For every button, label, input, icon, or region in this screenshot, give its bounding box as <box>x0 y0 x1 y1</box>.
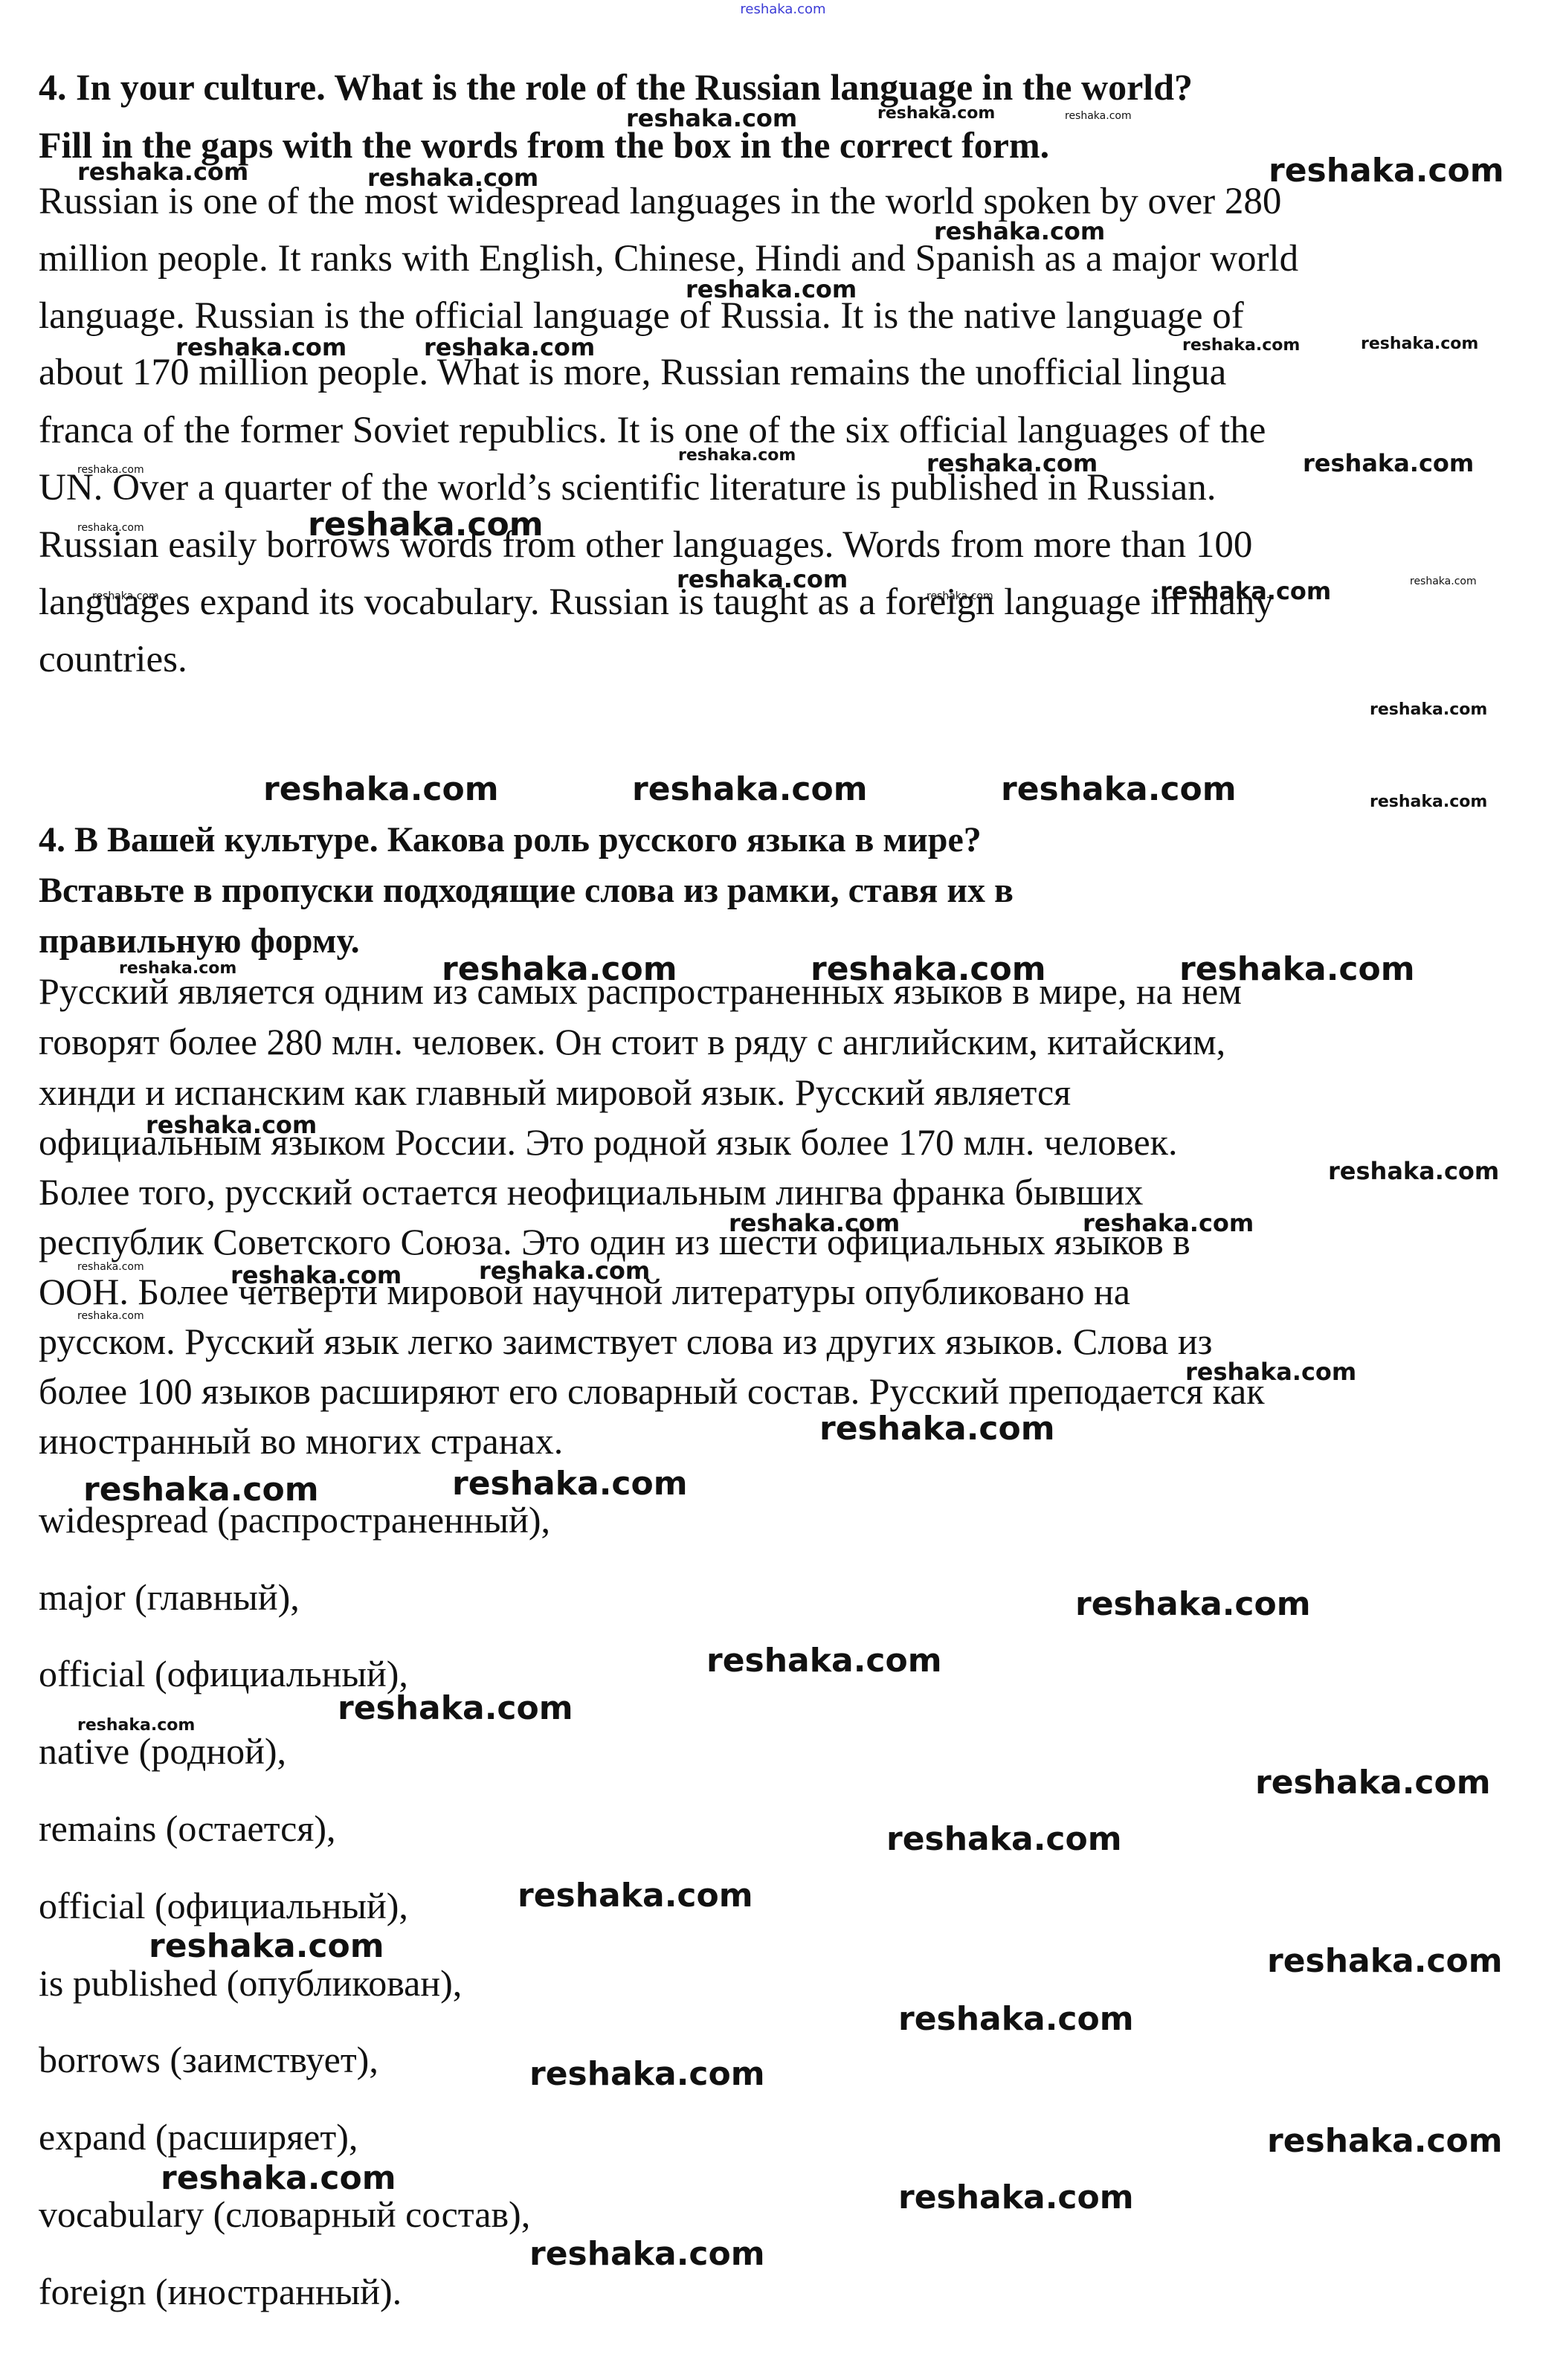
watermark: reshaka.com <box>1160 577 1331 605</box>
answer-item: expand (расширяет), <box>39 2115 358 2158</box>
watermark: reshaka.com <box>146 1111 317 1139</box>
english-paragraph-line: countries. <box>39 638 187 681</box>
watermark: reshaka.com <box>1083 1209 1254 1237</box>
answer-item: official (официальный), <box>39 1884 408 1927</box>
watermark: reshaka.com <box>706 1642 942 1680</box>
watermark: reshaka.com <box>231 1261 402 1289</box>
watermark: reshaka.com <box>424 333 595 361</box>
watermark: reshaka.com <box>529 2055 765 2093</box>
watermark: reshaka.com <box>927 449 1098 477</box>
watermark: reshaka.com <box>1303 449 1474 477</box>
watermark: reshaka.com <box>819 1410 1055 1448</box>
watermark: reshaka.com <box>934 217 1105 245</box>
russian-paragraph-line: более 100 языков расширяют его словарный… <box>39 1370 1265 1413</box>
watermark: reshaka.com <box>161 2159 396 2197</box>
watermark: reshaka.com <box>1075 1585 1311 1623</box>
watermark: reshaka.com <box>77 158 248 186</box>
watermark: reshaka.com <box>367 164 538 192</box>
watermark: reshaka.com <box>529 2235 765 2273</box>
watermark: reshaka.com <box>811 950 1046 988</box>
english-paragraph-line: million people. It ranks with English, C… <box>39 237 1298 280</box>
watermark: reshaka.com <box>175 333 347 361</box>
russian-paragraph-line: русском. Русский язык легко заимствует с… <box>39 1320 1212 1363</box>
watermark: reshaka.com <box>479 1257 650 1285</box>
watermark: reshaka.com <box>119 959 236 978</box>
watermark: reshaka.com <box>77 1716 195 1735</box>
russian-paragraph-line: иностранный во многих странах. <box>39 1419 563 1462</box>
watermark: reshaka.com <box>729 1209 900 1237</box>
watermark: reshaka.com <box>77 464 144 476</box>
watermark: reshaka.com <box>263 770 499 808</box>
answer-item: major (главный), <box>39 1576 300 1619</box>
watermark: reshaka.com <box>1182 336 1300 355</box>
answer-item: remains (остается), <box>39 1807 336 1850</box>
watermark: reshaka.com <box>886 1820 1122 1858</box>
watermark: reshaka.com <box>1179 950 1415 988</box>
watermark: reshaka.com <box>149 1927 384 1965</box>
watermark: reshaka.com <box>626 104 797 132</box>
watermark: reshaka.com <box>927 590 993 602</box>
watermark: reshaka.com <box>898 2179 1134 2216</box>
watermark: reshaka.com <box>83 1471 319 1509</box>
watermark: reshaka.com <box>677 565 848 593</box>
watermark: reshaka.com <box>77 1310 144 1322</box>
english-paragraph-line: languages expand its vocabulary. Russian… <box>39 581 1274 624</box>
watermark: reshaka.com <box>1328 1157 1499 1185</box>
top-watermark: reshaka.com <box>0 1 1566 17</box>
watermark: reshaka.com <box>1185 1358 1356 1386</box>
russian-heading-line-2: Вставьте в пропуски подходящие слова из … <box>39 870 1014 911</box>
watermark: reshaka.com <box>452 1465 688 1503</box>
russian-paragraph-line: хинди и испанским как главный мировой яз… <box>39 1071 1071 1114</box>
watermark: reshaka.com <box>1361 335 1478 353</box>
answer-item: native (родной), <box>39 1729 286 1773</box>
russian-paragraph-line: говорят более 280 млн. человек. Он стоит… <box>39 1020 1225 1063</box>
watermark: reshaka.com <box>308 506 544 544</box>
watermark: reshaka.com <box>1065 110 1132 122</box>
watermark: reshaka.com <box>686 275 857 303</box>
watermark: reshaka.com <box>1370 700 1487 719</box>
russian-paragraph-line: Более того, русский остается неофициальн… <box>39 1170 1143 1213</box>
watermark: reshaka.com <box>92 590 159 602</box>
english-paragraph-line: franca of the former Soviet republics. I… <box>39 409 1266 452</box>
watermark: reshaka.com <box>338 1689 573 1727</box>
watermark: reshaka.com <box>1410 575 1477 587</box>
watermark: reshaka.com <box>518 1877 753 1915</box>
watermark: reshaka.com <box>1255 1764 1491 1802</box>
answer-item: vocabulary (словарный состав), <box>39 2193 530 2236</box>
english-paragraph-line: Russian easily borrows words from other … <box>39 523 1252 567</box>
english-heading-line-1: 4. In your culture. What is the role of … <box>39 65 1193 109</box>
watermark: reshaka.com <box>442 950 677 988</box>
watermark: reshaka.com <box>1001 770 1237 808</box>
document-page: reshaka.com 4. In your culture. What is … <box>0 0 1566 2380</box>
russian-heading-line-3: правильную форму. <box>39 920 360 961</box>
watermark: reshaka.com <box>678 446 796 465</box>
watermark: reshaka.com <box>877 104 995 123</box>
watermark: reshaka.com <box>632 770 868 808</box>
watermark: reshaka.com <box>1267 2122 1503 2160</box>
answer-item: foreign (иностранный). <box>39 2270 402 2313</box>
english-paragraph-line: language. Russian is the official langua… <box>39 294 1244 338</box>
russian-heading-line-1: 4. В Вашей культуре. Какова роль русског… <box>39 819 982 860</box>
answer-item: is published (опубликован), <box>39 1961 462 2005</box>
watermark: reshaka.com <box>77 522 144 534</box>
watermark: reshaka.com <box>898 2000 1134 2038</box>
watermark: reshaka.com <box>1269 152 1504 190</box>
watermark: reshaka.com <box>1267 1942 1503 1980</box>
watermark: reshaka.com <box>1370 793 1487 811</box>
watermark: reshaka.com <box>77 1261 144 1273</box>
answer-item: borrows (заимствует), <box>39 2038 378 2081</box>
